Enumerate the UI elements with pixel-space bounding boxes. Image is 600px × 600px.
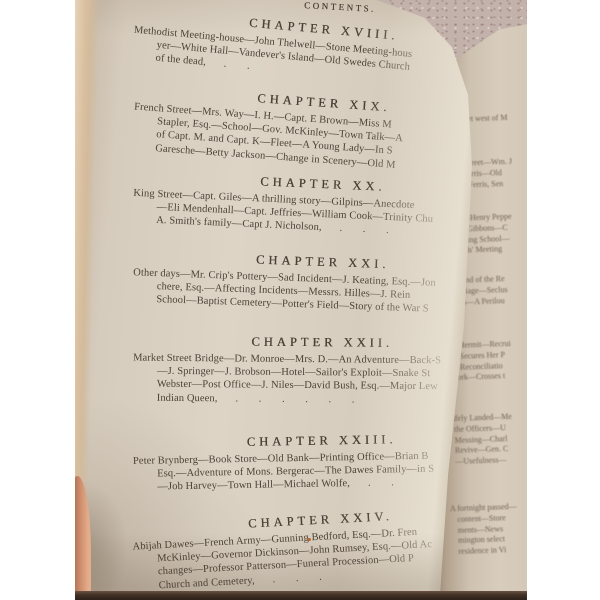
table-edge: [75, 591, 527, 600]
entry-line: —Usefulness—: [455, 454, 527, 468]
chapter-entry-22: CHAPTER XXII. Market Street Bridge—Dr. M…: [133, 334, 464, 408]
leader-dots: . . .: [339, 223, 390, 236]
chapter-heading: CHAPTER XXIII.: [181, 431, 463, 451]
chapter-line: Indian Queen,. . . . . .: [157, 391, 463, 407]
chapter-entry-19: CHAPTER XIX. French Street—Mrs. Way—I. H…: [131, 83, 465, 177]
entry-line: York—Crosses t: [452, 371, 527, 385]
leader-dots: . . .: [272, 571, 323, 585]
chapter-entry-21: CHAPTER XXI. Other days—Mr. Crip's Potte…: [132, 248, 464, 317]
chapter-entry-18: CHAPTER XVIII. Methodist Meeting-house—J…: [131, 6, 465, 92]
finger-shadow: [83, 470, 153, 600]
book-photo: Front street west of M Patton, Shipley S…: [75, 0, 527, 600]
leader-dots: . .: [368, 478, 395, 489]
entry-line: residence in Vi: [458, 544, 527, 558]
chapter-entry-23: CHAPTER XXIII. Peter Brynberg—Book Store…: [133, 431, 464, 494]
chapter-heading: CHAPTER XXII.: [181, 334, 463, 351]
foxing-spot: [307, 538, 311, 541]
chapter-entry-24: CHAPTER XXIV. Abijah Dawes—French Army—G…: [131, 505, 464, 593]
chapter-entry-20: CHAPTER XX. King Street—Capt. Giles—A th…: [132, 169, 464, 241]
right-page-entry: A fortnight passed— content—Store ments—…: [450, 501, 527, 558]
photo-border-left: [0, 0, 75, 600]
photo-border-right: [527, 0, 600, 600]
leader-dots: . .: [223, 59, 251, 72]
right-page-entry: Safely Landed—Me the Officers—U Messing—…: [447, 411, 527, 468]
leader-dots: . . . . . .: [235, 393, 355, 405]
